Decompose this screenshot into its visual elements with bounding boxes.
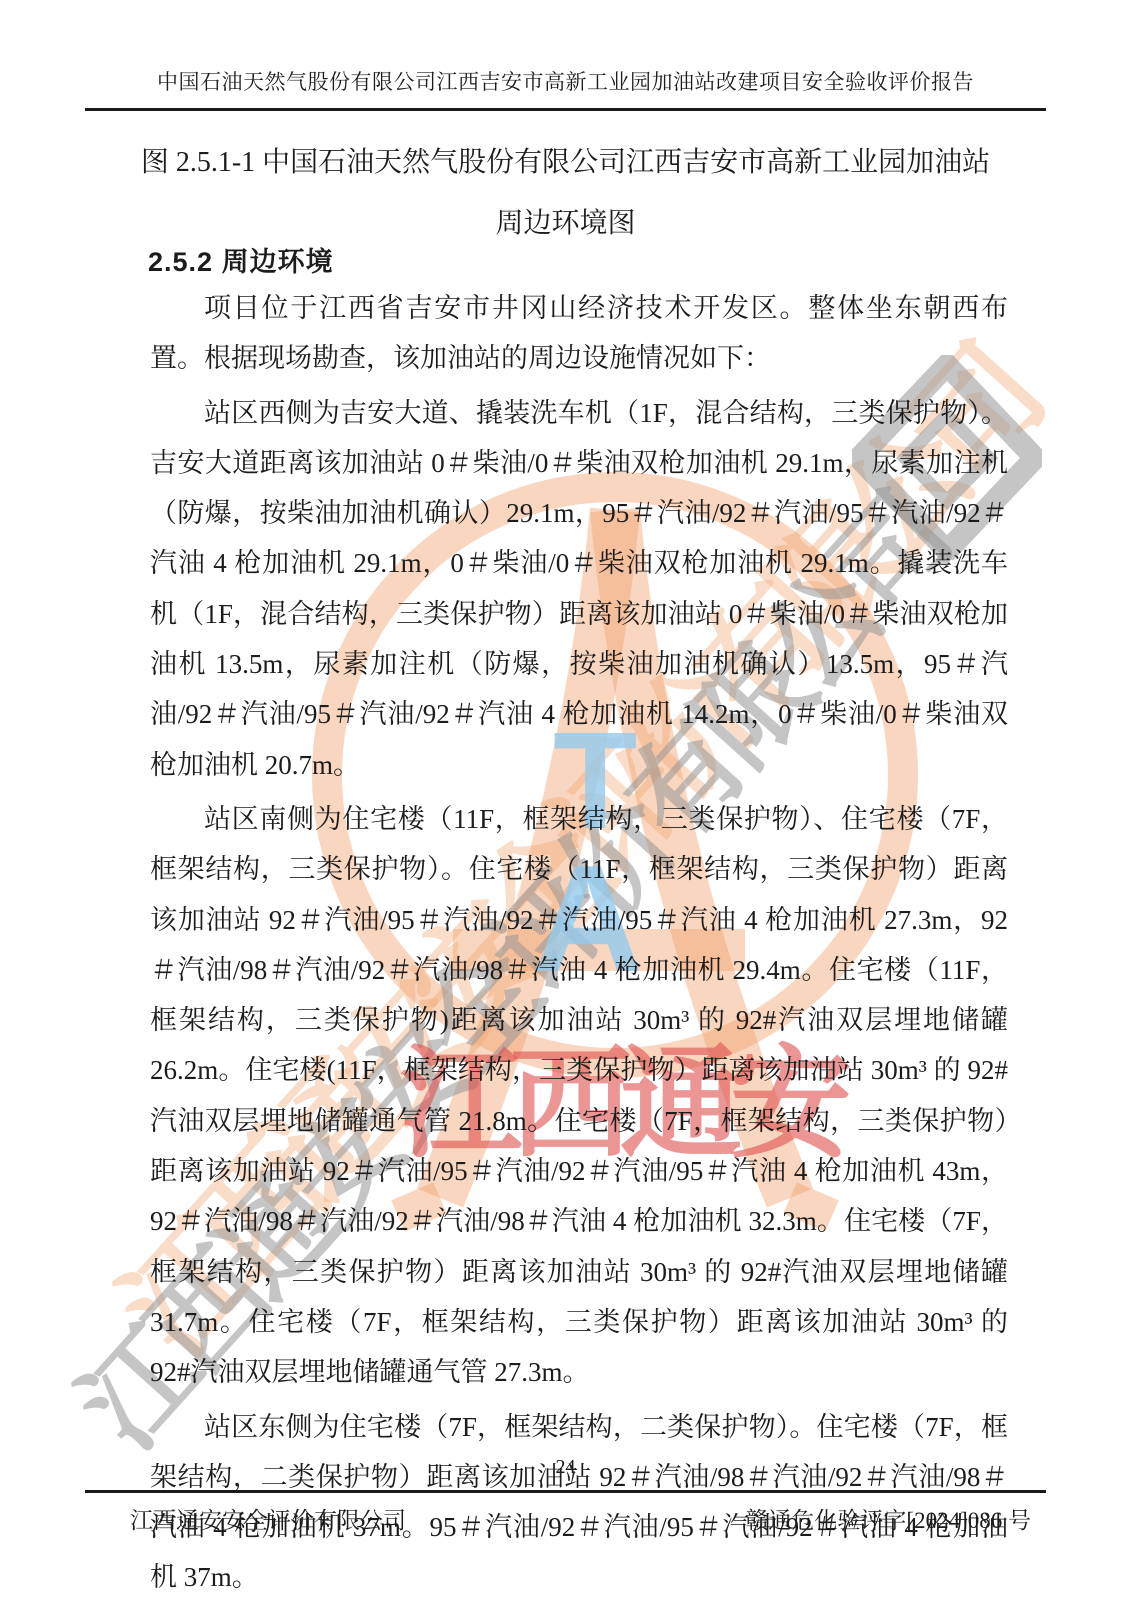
footer-document-number: 赣通危化验评字[2024]086 号 — [745, 1502, 1031, 1535]
paragraph: 项目位于江西省吉安市井冈山经济技术开发区。整体坐东朝西布置。根据现场勘查，该加油… — [150, 283, 1008, 384]
document-content: 中国石油天然气股份有限公司江西吉安市高新工业园加油站改建项目安全验收评价报告 图… — [0, 0, 1131, 1600]
footer-company-name: 江西通安安全评价有限公司 — [130, 1502, 406, 1535]
page-number: 24 — [85, 1456, 1046, 1479]
report-page: 江西通安安全评价有限公司 江西通安安全评价有限公司 T A 江西通安 中国石油天… — [0, 0, 1131, 1600]
paragraph: 站区西侧为吉安大道、撬装洗车机（1F，混合结构，三类保护物）。吉安大道距离该加油… — [150, 388, 1008, 790]
body-text: 项目位于江西省吉安市井冈山经济技术开发区。整体坐东朝西布置。根据现场勘查，该加油… — [150, 283, 1008, 1600]
page-header-title: 中国石油天然气股份有限公司江西吉安市高新工业园加油站改建项目安全验收评价报告 — [85, 66, 1046, 111]
section-heading: 2.5.2 周边环境 — [148, 240, 334, 279]
section-number: 2.5.2 — [148, 247, 213, 277]
footer-rule — [85, 1490, 1046, 1493]
paragraph: 站区南侧为住宅楼（11F，框架结构，三类保护物）、住宅楼（7F，框架结构，三类保… — [150, 794, 1008, 1398]
figure-caption-line1: 图 2.5.1-1 中国石油天然气股份有限公司江西吉安市高新工业园加油站 — [85, 132, 1046, 193]
paragraph: 站区东侧为住宅楼（7F，框架结构，二类保护物）。住宅楼（7F，框架结构，二类保护… — [150, 1402, 1008, 1600]
figure-caption: 图 2.5.1-1 中国石油天然气股份有限公司江西吉安市高新工业园加油站 周边环… — [85, 132, 1046, 254]
section-title: 周边环境 — [222, 247, 334, 277]
